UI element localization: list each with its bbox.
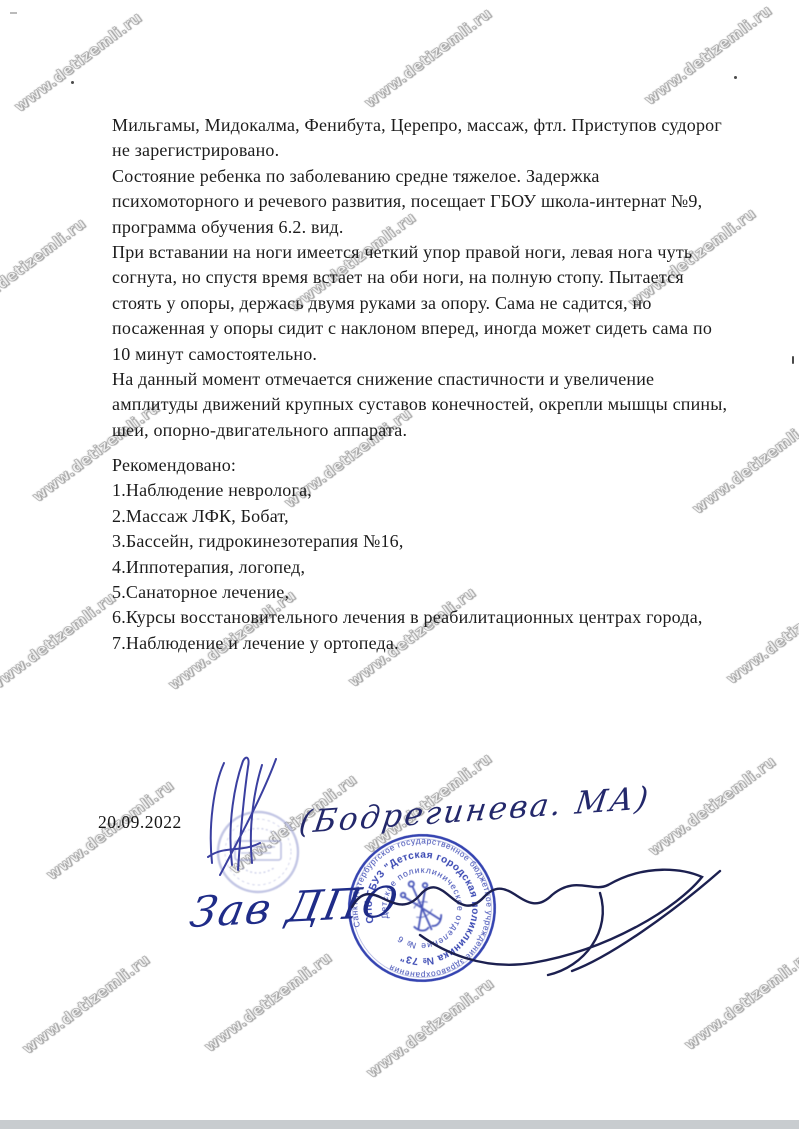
body-text: Мильгамы, Мидокалма, Фенибута, Церепро, … (112, 113, 762, 656)
text-line: Состояние ребенка по заболеванию средне … (112, 164, 762, 189)
text-line: программа обучения 6.2. вид. (112, 215, 762, 240)
text-line: 4.Иппотерапия, логопед, (112, 555, 762, 580)
signature-flourish (352, 870, 720, 975)
scan-speck (792, 356, 794, 364)
text-line: не зарегистрировано. (112, 138, 762, 163)
text-line: 5.Санаторное лечение, (112, 580, 762, 605)
text-line: 1.Наблюдение невролога, (112, 478, 762, 503)
scan-speck (10, 12, 17, 14)
signature-strokes (208, 758, 276, 875)
signature-role-text: Зав ДПО (186, 877, 404, 938)
date-text: 20.09.2022 (98, 812, 182, 833)
watermark-text: www.detizemli.ru (641, 1, 775, 108)
watermark-text: www.detizemli.ru (0, 214, 89, 321)
signature: (Бодрегинева. МА) Зав ДПО (180, 745, 760, 1005)
text-line: 2.Массаж ЛФК, Бобат, (112, 504, 762, 529)
scanned-document-page: www.detizemli.ruwww.detizemli.ruwww.deti… (0, 0, 799, 1129)
scan-speck (71, 81, 74, 84)
text-line: 7.Наблюдение и лечение у ортопеда. (112, 631, 762, 656)
text-line: 3.Бассейн, гидрокинезотерапия №16, (112, 529, 762, 554)
text-line: стоять у опоры, держась двумя руками за … (112, 291, 762, 316)
text-line: 10 минут самостоятельно. (112, 342, 762, 367)
text-line: 6.Курсы восстановительного лечения в реа… (112, 605, 762, 630)
text-line: Рекомендовано: (112, 453, 762, 478)
text-line: амплитуды движений крупных суставов коне… (112, 392, 762, 417)
text-line: шеи, опорно-двигательного аппарата. (112, 418, 762, 443)
text-line: психомоторного и речевого развития, посе… (112, 189, 762, 214)
watermark-text: www.detizemli.ru (361, 4, 495, 111)
text-line: согнута, но спустя время встает на оби н… (112, 265, 762, 290)
text-line: посаженная у опоры сидит с наклоном впер… (112, 316, 762, 341)
text-line: На данный момент отмечается снижение спа… (112, 367, 762, 392)
watermark-text: www.detizemli.ru (0, 588, 119, 695)
text-line: При вставании на ноги имеется четкий упо… (112, 240, 762, 265)
watermark-text: www.detizemli.ru (19, 950, 153, 1057)
watermark-text: www.detizemli.ru (11, 8, 145, 115)
scan-edge-band (0, 1120, 799, 1129)
signature-name-annotation: (Бодрегинева. МА) (297, 780, 653, 841)
text-line: Мильгамы, Мидокалма, Фенибута, Церепро, … (112, 113, 762, 138)
scan-speck (734, 76, 737, 79)
